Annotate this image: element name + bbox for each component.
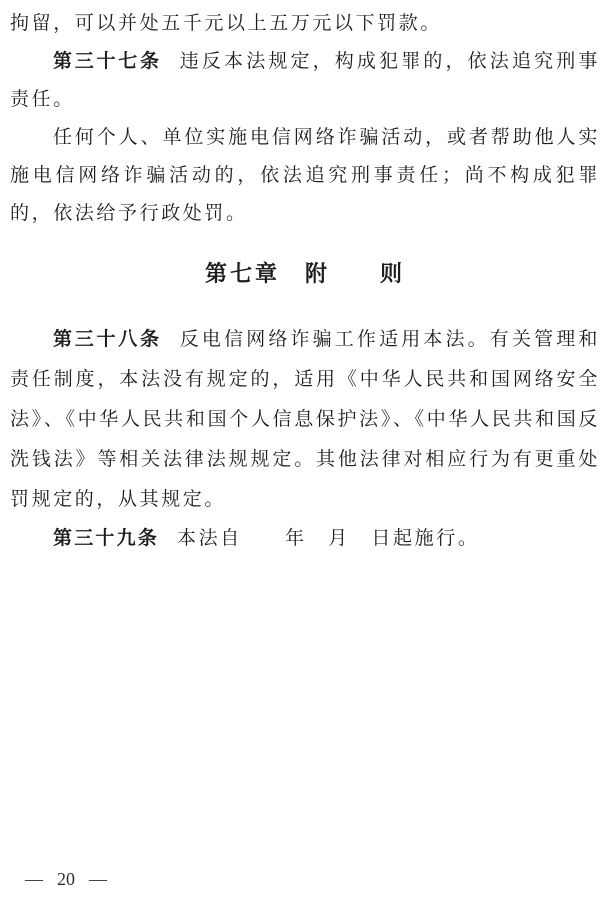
footer-right-dash: — [89, 868, 107, 890]
paragraph-article-38: 第三十八条反电信网络诈骗工作适用本法。有关管理和责任制度，本法没有规定的，适用《… [10, 320, 600, 520]
paragraph-article-39: 第三十九条本法自 年 月 日起施行。 [10, 520, 600, 558]
paragraph-any-person: 任何个人、单位实施电信网络诈骗活动，或者帮助他人实施电信网络诈骗活动的，依法追究… [10, 119, 600, 233]
document-body: 拘留，可以并处五千元以上五万元以下罚款。 第三十七条违反本法规定，构成犯罪的，依… [10, 5, 600, 558]
page-footer: — 20 — [25, 868, 107, 890]
chapter-7-heading: 第七章 附 则 [10, 255, 600, 293]
paragraph-fine-clause: 拘留，可以并处五千元以上五万元以下罚款。 [10, 5, 600, 43]
footer-left-dash: — [25, 868, 43, 890]
paragraph-text: 任何个人、单位实施电信网络诈骗活动，或者帮助他人实施电信网络诈骗活动的，依法追究… [10, 127, 600, 224]
document-page: 拘留，可以并处五千元以上五万元以下罚款。 第三十七条违反本法规定，构成犯罪的，依… [0, 0, 613, 907]
article-39-number: 第三十九条 [53, 528, 159, 549]
article-38-text: 反电信网络诈骗工作适用本法。有关管理和责任制度，本法没有规定的，适用《中华人民共… [10, 329, 600, 510]
article-39-text: 本法自 年 月 日起施行。 [177, 528, 479, 549]
page-number: 20 [57, 868, 75, 890]
paragraph-article-37: 第三十七条违反本法规定，构成犯罪的，依法追究刑事责任。 [10, 43, 600, 119]
article-38-number: 第三十八条 [53, 329, 162, 350]
paragraph-text: 拘留，可以并处五千元以上五万元以下罚款。 [10, 13, 442, 34]
article-37-number: 第三十七条 [53, 51, 162, 72]
